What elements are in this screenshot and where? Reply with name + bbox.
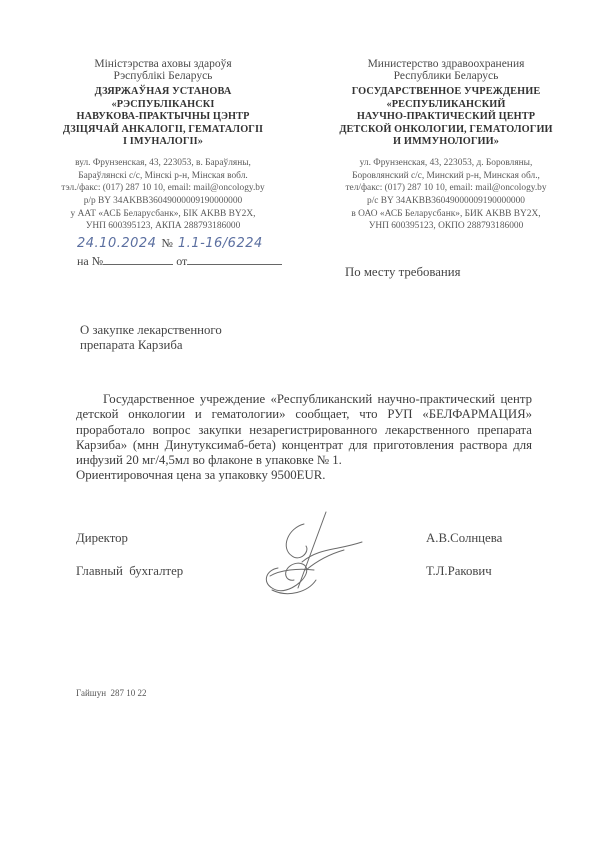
number-label: № — [161, 236, 172, 250]
organization-name-by: ДЗЯРЖАЎНАЯ УСТАНОВА «РЭСПУБЛІКАНСКІ НАВУ… — [58, 86, 268, 149]
ministry-line: Республики Беларусь — [333, 70, 559, 82]
address-line: УНП 600395123, ОКПО 288793186000 — [333, 220, 559, 233]
registration-number: 1.1-16/6224 — [178, 236, 263, 251]
letterhead-right: Министерство здравоохранения Республики … — [333, 58, 559, 233]
ministry-line: Министерство здравоохранения — [333, 58, 559, 70]
address-block-by: вул. Фрунзенская, 43, 223053, в. Бараўля… — [58, 157, 268, 233]
director-title: Директор — [76, 531, 128, 546]
registration-line: 24.10.2024 № 1.1-16/6224 — [77, 236, 317, 251]
address-line: тэл./факс: (017) 287 10 10, email: mail@… — [58, 182, 268, 195]
org-line: И ИММУНОЛОГИИ» — [333, 136, 559, 149]
subject: О закупке лекарственного препарата Карзи… — [80, 323, 222, 353]
chief-accountant-title: Главный бухгалтер — [76, 564, 183, 579]
subject-line: препарата Карзиба — [80, 338, 222, 353]
ministry-line: Рэспублікі Беларусь — [58, 70, 268, 82]
ref-date-blank — [187, 254, 282, 265]
org-line: ГОСУДАРСТВЕННОЕ УЧРЕЖДЕНИЕ — [333, 86, 559, 99]
ref-date-label: от — [176, 254, 187, 268]
org-line: ДЗІЦЯЧАЙ АНКАЛОГІІ, ГЕМАТАЛОГІІ — [58, 124, 268, 137]
executor-note: Гайшун 287 10 22 — [76, 688, 147, 698]
org-line: «РЭСПУБЛІКАНСКІ — [58, 99, 268, 112]
ref-number-blank — [103, 254, 173, 265]
address-line: УНП 600395123, АКПА 288793186000 — [58, 220, 268, 233]
ministry-line: Міністэрства аховы здароўя — [58, 58, 268, 70]
org-line: НАВУКОВА-ПРАКТЫЧНЫ ЦЭНТР — [58, 111, 268, 124]
ministry-name-ru: Министерство здравоохранения Республики … — [333, 58, 559, 82]
address-line: р/с BY 34AKBB36049000009190000000 — [333, 195, 559, 208]
subject-line: О закупке лекарственного — [80, 323, 222, 338]
chief-accountant-name: Т.Л.Ракович — [426, 564, 492, 579]
org-line: ДЕТСКОЙ ОНКОЛОГИИ, ГЕМАТОЛОГИИ — [333, 124, 559, 137]
address-block-ru: ул. Фрунзенская, 43, 223053, д. Боровлян… — [333, 157, 559, 233]
address-line: вул. Фрунзенская, 43, 223053, в. Бараўля… — [58, 157, 268, 170]
body-paragraph: Государственное учреждение «Республиканс… — [76, 392, 532, 468]
letterhead-left: Міністэрства аховы здароўя Рэспублікі Бе… — [58, 58, 268, 233]
address-line: Бараўлянскі с/с, Мінскі р-н, Мінская воб… — [58, 170, 268, 183]
org-line: І ІМУНАЛОГІІ» — [58, 136, 268, 149]
letter-body: Государственное учреждение «Республиканс… — [76, 392, 532, 484]
price-paragraph: Ориентировочная цена за упаковку 9500EUR… — [76, 468, 532, 483]
signature-icon — [258, 508, 368, 600]
recipient: По месту требования — [345, 265, 461, 280]
address-line: у ААТ «АСБ Беларусбанк», БІК AKBB BY2X, — [58, 208, 268, 221]
address-line: тел/факс: (017) 287 10 10, email: mail@o… — [333, 182, 559, 195]
address-line: ул. Фрунзенская, 43, 223053, д. Боровлян… — [333, 157, 559, 170]
address-line: Боровлянский с/с, Минский р-н, Минская о… — [333, 170, 559, 183]
org-line: НАУЧНО-ПРАКТИЧЕСКИЙ ЦЕНТР — [333, 111, 559, 124]
organization-name-ru: ГОСУДАРСТВЕННОЕ УЧРЕЖДЕНИЕ «РЕСПУБЛИКАНС… — [333, 86, 559, 149]
registration-date: 24.10.2024 — [77, 236, 156, 251]
ministry-name-by: Міністэрства аховы здароўя Рэспублікі Бе… — [58, 58, 268, 82]
address-line: р/р BY 34AKBB36049000009190000000 — [58, 195, 268, 208]
ref-number-label: на № — [77, 254, 103, 268]
reference-line: на № от — [77, 254, 282, 269]
address-line: в ОАО «АСБ Беларусбанк», БИК AKBB BY2X, — [333, 208, 559, 221]
org-line: «РЕСПУБЛИКАНСКИЙ — [333, 99, 559, 112]
org-line: ДЗЯРЖАЎНАЯ УСТАНОВА — [58, 86, 268, 99]
director-name: А.В.Солнцева — [426, 531, 502, 546]
